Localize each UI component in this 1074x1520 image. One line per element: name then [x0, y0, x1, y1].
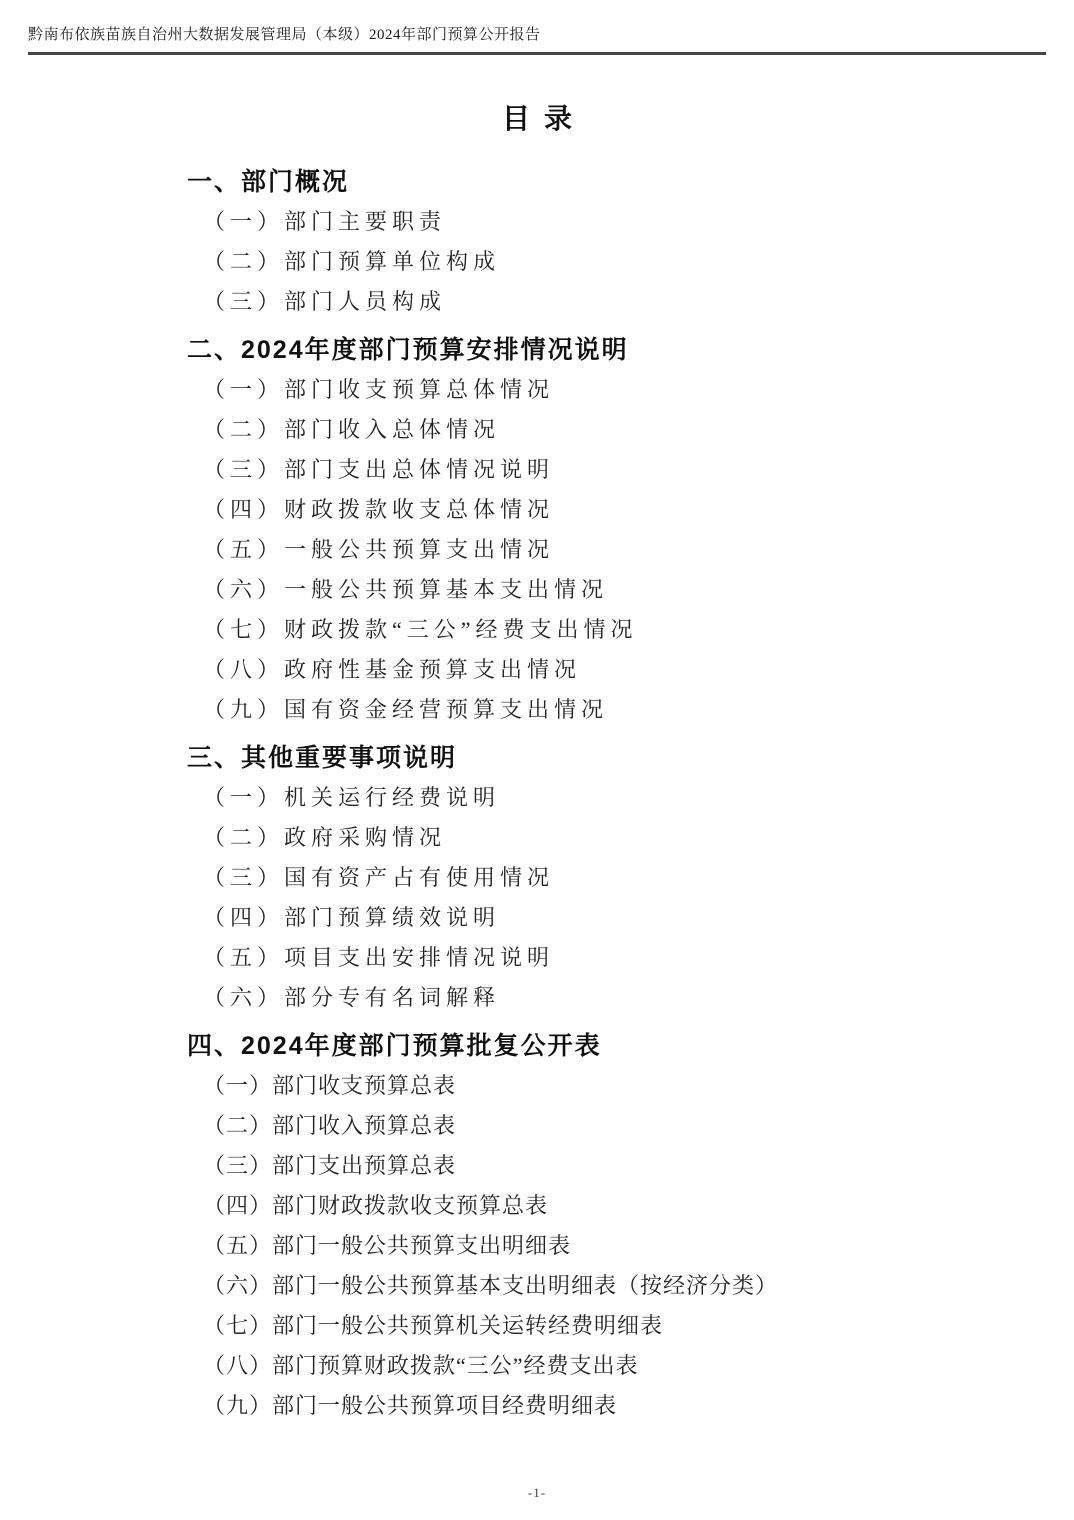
toc-item: （三）国有资产占有使用情况: [0, 858, 1074, 898]
toc-item: （五）部门一般公共预算支出明细表: [0, 1226, 1074, 1266]
toc-item: （三）部门支出总体情况说明: [0, 450, 1074, 490]
running-header-title: 黔南布依族苗族自治州大数据发展管理局（本级）2024年部门预算公开报告: [28, 26, 1046, 45]
toc-item: （六）一般公共预算基本支出情况: [0, 570, 1074, 610]
toc-item: （六）部分专有名词解释: [0, 978, 1074, 1018]
toc-item: （九）国有资金经营预算支出情况: [0, 690, 1074, 730]
toc-item: （一）部门收支预算总体情况: [0, 370, 1074, 410]
document-page: 黔南布依族苗族自治州大数据发展管理局（本级）2024年部门预算公开报告 目 录 …: [0, 0, 1074, 1520]
toc-item: （三）部门人员构成: [0, 282, 1074, 322]
toc-item: （七）财政拨款“三公”经费支出情况: [0, 610, 1074, 650]
toc-item: （一）机关运行经费说明: [0, 778, 1074, 818]
page-number: -1-: [528, 1485, 546, 1500]
toc-item: （八）部门预算财政拨款“三公”经费支出表: [0, 1346, 1074, 1386]
toc-item: （八）政府性基金预算支出情况: [0, 650, 1074, 690]
toc-item: （二）部门预算单位构成: [0, 242, 1074, 282]
toc-item: （一）部门主要职责: [0, 202, 1074, 242]
toc-title: 目 录: [0, 102, 1074, 138]
toc-item: （二）部门收入总体情况: [0, 410, 1074, 450]
toc-item: （六）部门一般公共预算基本支出明细表（按经济分类）: [0, 1266, 1074, 1306]
toc-item: （四）部门财政拨款收支预算总表: [0, 1186, 1074, 1226]
toc-item: （二）部门收入预算总表: [0, 1106, 1074, 1146]
toc-section-heading-4: 四、2024年度部门预算批复公开表: [0, 1026, 1074, 1066]
toc-item: （四）财政拨款收支总体情况: [0, 490, 1074, 530]
page-footer: -1-: [0, 1484, 1074, 1502]
toc-item: （七）部门一般公共预算机关运转经费明细表: [0, 1306, 1074, 1346]
running-header: 黔南布依族苗族自治州大数据发展管理局（本级）2024年部门预算公开报告: [28, 26, 1046, 55]
toc-item: （九）部门一般公共预算项目经费明细表: [0, 1386, 1074, 1426]
toc-item: （一）部门收支预算总表: [0, 1066, 1074, 1106]
toc-item: （三）部门支出预算总表: [0, 1146, 1074, 1186]
toc-section-heading-2: 二、2024年度部门预算安排情况说明: [0, 330, 1074, 370]
toc-section-heading-1: 一、部门概况: [0, 162, 1074, 202]
toc-item: （五）项目支出安排情况说明: [0, 938, 1074, 978]
toc-item: （四）部门预算绩效说明: [0, 898, 1074, 938]
toc-section-heading-3: 三、其他重要事项说明: [0, 738, 1074, 778]
toc-item: （二）政府采购情况: [0, 818, 1074, 858]
toc-item: （五）一般公共预算支出情况: [0, 530, 1074, 570]
table-of-contents: 一、部门概况 （一）部门主要职责 （二）部门预算单位构成 （三）部门人员构成 二…: [0, 154, 1074, 1426]
